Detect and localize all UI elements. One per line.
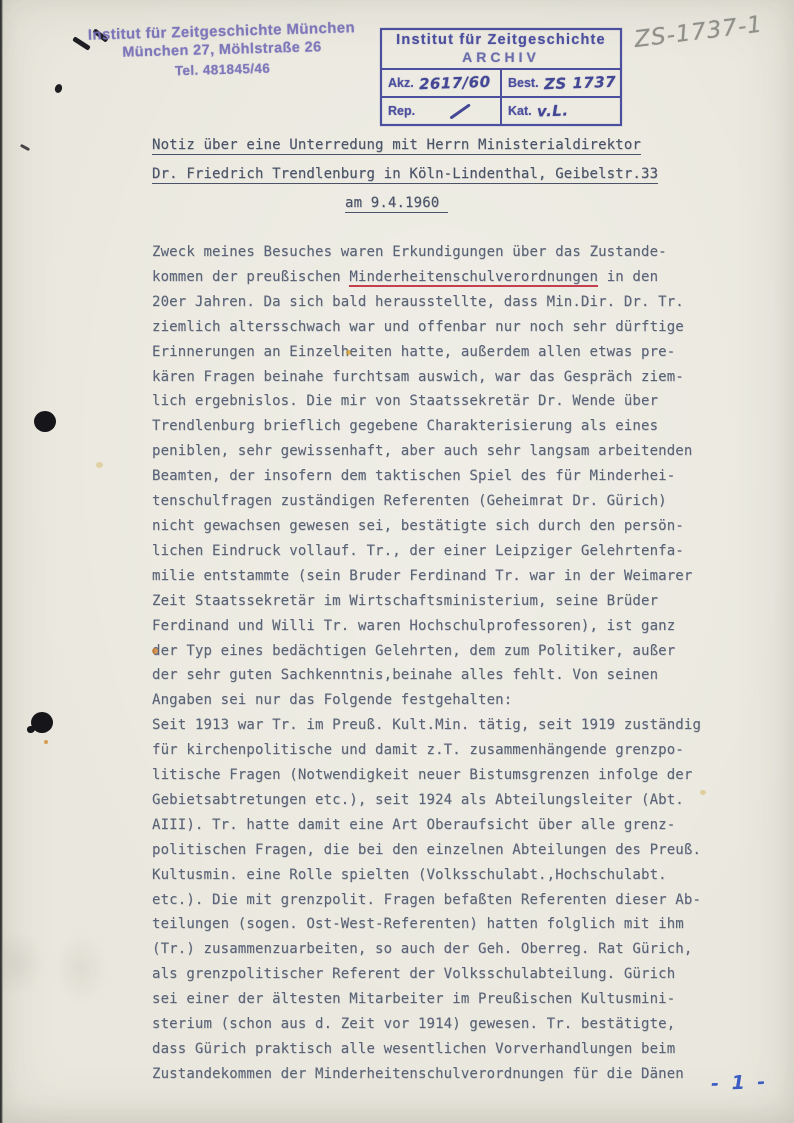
typewriter-line: dass Gürich praktisch alle wesentlichen … <box>152 1037 712 1062</box>
text-segment: Erinnerungen an Einzelheiten hatte, auße… <box>152 344 675 360</box>
paper-spot <box>700 790 706 795</box>
archive-stamp-subtitle: ARCHIV <box>382 49 620 65</box>
typewriter-line: Seit 1913 war Tr. im Preuß. Kult.Min. tä… <box>152 713 712 738</box>
rep-slash-mark <box>450 103 471 119</box>
kat-label: Kat. <box>508 104 532 118</box>
text-segment: Gebietsabtretungen etc.), seit 1924 als … <box>152 792 684 808</box>
typewriter-line: kommen der preußischen Minderheitenschul… <box>152 265 712 290</box>
text-segment: für kirchenpolitische und damit z.T. zus… <box>152 742 684 758</box>
typewriter-line: politischen Fragen, die bei den einzelne… <box>152 838 712 863</box>
typewriter-line: AIII). Tr. hatte damit eine Art Oberaufs… <box>152 813 712 838</box>
best-label: Best. <box>508 76 539 90</box>
text-segment: Beamten, der insofern dem taktischen Spi… <box>152 468 675 484</box>
typewriter-line: nicht gewachsen gewesen sei, bestätigte … <box>152 514 712 539</box>
text-segment: Angaben sei nur das Folgende festgehalte… <box>152 692 512 708</box>
text-segment: lich ergebnislos. Die mir von Staatssekr… <box>152 393 658 409</box>
paper-spot <box>96 462 103 468</box>
typewriter-line: sei einer der ältesten Mitarbeiter im Pr… <box>152 987 712 1012</box>
typewriter-line: milie entstammte (sein Bruder Ferdinand … <box>152 564 712 589</box>
akz-value-handwritten: 2617/60 <box>418 73 490 93</box>
text-segment: AIII). Tr. hatte damit eine Art Oberaufs… <box>152 817 675 833</box>
typewriter-line: der sehr guten Sachkenntnis,beinahe alle… <box>152 663 712 688</box>
text-segment: Zustandekommen der Minderheitenschulvero… <box>152 1066 684 1082</box>
title-line: am 9.4.1960 <box>345 189 682 218</box>
typewriter-line: Trendlenburg brieflich gegebene Charakte… <box>152 414 712 439</box>
title-line: Dr. Friedrich Trendlenburg in Köln-Linde… <box>152 160 682 189</box>
typewriter-line: litische Fragen (Notwendigkeit neuer Bis… <box>152 763 712 788</box>
typewriter-line: Zustandekommen der Minderheitenschulvero… <box>152 1062 712 1087</box>
text-segment: Trendlenburg brieflich gegebene Charakte… <box>152 418 658 434</box>
archive-stamp-row: Akz. 2617/60 Best. ZS 1737 <box>382 70 620 98</box>
text-segment: der Typ eines bedächtigen Gelehrten, dem… <box>152 643 675 659</box>
text-segment: als grenzpolitischer Referent der Volkss… <box>152 966 675 982</box>
text-segment: 20er Jahren. Da sich bald herausstellte,… <box>152 294 684 310</box>
pencil-archive-code: ZS-1737-1 <box>633 9 785 53</box>
text-segment: Ferdinand und Willi Tr. waren Hochschulp… <box>152 618 675 634</box>
text-segment: litische Fragen (Notwendigkeit neuer Bis… <box>152 767 692 783</box>
typewriter-line: Ferdinand und Willi Tr. waren Hochschulp… <box>152 614 712 639</box>
institute-address-stamp: Institut für Zeitgeschichte München Münc… <box>85 18 358 83</box>
text-segment: nicht gewachsen gewesen sei, bestätigte … <box>152 518 684 534</box>
text-segment: Zweck meines Besuches waren Erkundigunge… <box>152 244 667 260</box>
typewriter-line: teilungen (sogen. Ost-West-Referenten) h… <box>152 912 712 937</box>
typewriter-line: tenschulfragen zuständigen Referenten (G… <box>152 489 712 514</box>
archive-stamp-header: Institut für Zeitgeschichte ARCHIV <box>382 30 620 70</box>
typewriter-line: Zweck meines Besuches waren Erkundigunge… <box>152 240 712 265</box>
document-page: Institut für Zeitgeschichte München Münc… <box>0 0 794 1123</box>
akz-label: Akz. <box>388 76 414 90</box>
title-line: Notiz über eine Unterredung mit Herrn Mi… <box>152 131 682 160</box>
text-segment: Zeit Staatssekretär im Wirtschaftsminist… <box>152 593 658 609</box>
typewriter-line: etc.). Die mit grenzpolit. Fragen befaßt… <box>152 888 712 913</box>
archive-stamp-box: Institut für Zeitgeschichte ARCHIV Akz. … <box>380 28 622 126</box>
akz-cell: Akz. 2617/60 <box>382 70 502 96</box>
typewriter-body: Zweck meines Besuches waren Erkundigunge… <box>152 240 712 1087</box>
text-segment: kären Fragen beinahe furchtsam auswich, … <box>152 369 684 385</box>
typewriter-line: für kirchenpolitische und damit z.T. zus… <box>152 738 712 763</box>
red-underlined-term: Minderheitenschulverordnungen <box>349 269 598 287</box>
typewriter-line: lich ergebnislos. Die mir von Staatssekr… <box>152 389 712 414</box>
typewriter-line: Kultusmin. eine Rolle spielten (Volkssch… <box>152 863 712 888</box>
text-segment: ziemlich altersschwach war und offenbar … <box>152 319 684 335</box>
text-segment: dass Gürich praktisch alle wesentlichen … <box>152 1041 675 1057</box>
pen-scribble <box>54 83 64 94</box>
hole-punch <box>34 411 56 432</box>
typewriter-line: als grenzpolitischer Referent der Volkss… <box>152 962 712 987</box>
rep-cell: Rep. <box>382 98 502 124</box>
title-text: Dr. Friedrich Trendlenburg in Köln-Linde… <box>152 166 658 184</box>
typewriter-line: ziemlich altersschwach war und offenbar … <box>152 315 712 340</box>
text-segment: Kultusmin. eine Rolle spielten (Volkssch… <box>152 867 667 883</box>
typewriter-line: peniblen, sehr gewissenhaft, aber auch s… <box>152 439 712 464</box>
rep-label: Rep. <box>388 104 415 118</box>
typewriter-line: Zeit Staatssekretär im Wirtschaftsminist… <box>152 589 712 614</box>
paper-spot <box>44 740 48 744</box>
text-segment: sterium (schon aus d. Zeit vor 1914) gew… <box>152 1016 675 1032</box>
text-segment: Seit 1913 war Tr. im Preuß. Kult.Min. tä… <box>152 717 701 733</box>
typewriter-line: kären Fragen beinahe furchtsam auswich, … <box>152 365 712 390</box>
text-segment: peniblen, sehr gewissenhaft, aber auch s… <box>152 443 692 459</box>
typewriter-line: der Typ eines bedächtigen Gelehrten, dem… <box>152 639 712 664</box>
archive-stamp-row: Rep. Kat. v.L. <box>382 98 620 124</box>
best-cell: Best. ZS 1737 <box>502 70 620 96</box>
kat-value-handwritten: v.L. <box>536 101 568 120</box>
title-text: Notiz über eine Unterredung mit Herrn Mi… <box>152 137 641 155</box>
text-segment: der sehr guten Sachkenntnis,beinahe alle… <box>152 667 658 683</box>
typewriter-line: Angaben sei nur das Folgende festgehalte… <box>152 688 712 713</box>
text-segment: teilungen (sogen. Ost-West-Referenten) h… <box>152 916 684 932</box>
text-segment: (Tr.) zusammenzuarbeiten, so auch der Ge… <box>152 941 692 957</box>
text-segment: lichen Eindruck vollauf. Tr., der einer … <box>152 543 684 559</box>
text-segment: sei einer der ältesten Mitarbeiter im Pr… <box>152 991 675 1007</box>
paper-spot <box>346 350 351 355</box>
pen-scribble <box>20 144 30 151</box>
kat-cell: Kat. v.L. <box>502 98 620 124</box>
typewriter-line: Erinnerungen an Einzelheiten hatte, auße… <box>152 340 712 365</box>
paper-spot <box>152 648 158 654</box>
typewriter-line: (Tr.) zusammenzuarbeiten, so auch der Ge… <box>152 937 712 962</box>
typewriter-line: 20er Jahren. Da sich bald herausstellte,… <box>152 290 712 315</box>
title-text: am 9.4.1960 <box>345 195 448 213</box>
text-segment: milie entstammte (sein Bruder Ferdinand … <box>152 568 692 584</box>
document-title: Notiz über eine Unterredung mit Herrn Mi… <box>152 131 682 218</box>
text-segment: kommen der preußischen <box>152 269 349 285</box>
text-segment: politischen Fragen, die bei den einzelne… <box>152 842 701 858</box>
handwritten-page-number: - 1 - <box>710 1071 768 1095</box>
typewriter-line: lichen Eindruck vollauf. Tr., der einer … <box>152 539 712 564</box>
best-value-handwritten: ZS 1737 <box>543 73 616 94</box>
typewriter-line: Gebietsabtretungen etc.), seit 1924 als … <box>152 788 712 813</box>
text-segment: in den <box>598 269 658 285</box>
text-segment: tenschulfragen zuständigen Referenten (G… <box>152 493 667 509</box>
typewriter-line: sterium (schon aus d. Zeit vor 1914) gew… <box>152 1012 712 1037</box>
text-segment: etc.). Die mit grenzpolit. Fragen befaßt… <box>152 892 701 908</box>
ink-bleed-through <box>0 908 156 1018</box>
typewriter-line: Beamten, der insofern dem taktischen Spi… <box>152 464 712 489</box>
archive-stamp-title: Institut für Zeitgeschichte <box>382 32 620 49</box>
hole-punch <box>31 712 53 733</box>
